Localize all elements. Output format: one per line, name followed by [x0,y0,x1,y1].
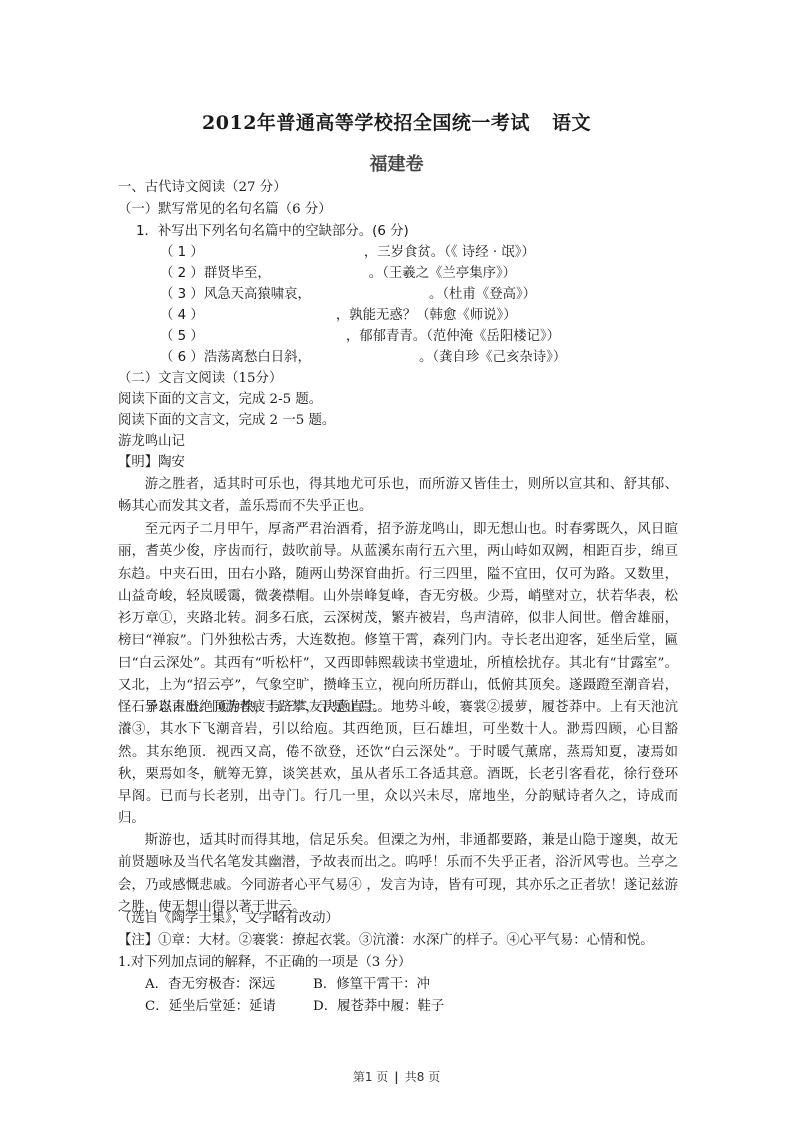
page-current: 第1 页 [353,1070,388,1084]
page-subtitle: 福建卷 [0,150,793,176]
option-c: C．延坐后堂延：延请 [145,997,313,1017]
passage-paragraph-1: 游之胜者，适其时可乐也，得其地尤可乐也，而所游又皆佳士，则所以宣其和、舒其郁、畅… [118,474,678,519]
passage-title: 游龙鸣山记 [118,432,185,452]
passage-paragraph-2: 至元丙子二月甲午，厚斋严君治酒肴，招予游龙鸣山，即无想山也。时春雾既久，风日暄丽… [118,519,678,720]
blank-item-3: （ 3 ）风急天高猿啸哀，。（杜甫《登高》） [160,285,536,305]
option-a: A．杳无穷极杳：深远 [145,975,313,995]
passage-source: （选自《陶学士集》，文字略有改动） [118,909,339,929]
option-d: D．履苍莽中履：鞋子 [313,997,481,1017]
question-1-stem: 1.对下列加点词的解释，不正确的一项是（3 分） [118,953,411,973]
page-footer: 第1 页|共8 页 [0,1068,793,1085]
instruction-2: 阅读下面的文言文，完成 2 一5 题。 [118,411,335,431]
blank-item-4: （ 4 ），孰能无惑？（韩愈《师说》） [160,306,517,326]
title-subject: 语文 [552,112,591,134]
part2-heading: （二）文言文阅读（15分） [118,369,282,389]
passage-paragraph-3: 予以未登绝顶为怏，与三二友决意直上。地势斗峻，褰裳②援萝，履苍莽中。上有天池沆瀁… [118,697,678,831]
footer-separator: | [394,1070,398,1084]
passage-notes: 【注】①章：大材。②褰裳：撩起衣裳。③沆瀁：水深广的样子。④心平气易：心情和悦。 [118,931,654,951]
blank-item-1: （ 1 ），三岁食贫。（《 诗经 · 氓》） [160,243,535,263]
document-page: 2012年普通高等学校招全国统一考试语文 福建卷 一、古代诗文阅读（27 分） … [0,0,793,1122]
question-fill-blank: 1．补写出下列名句名篇中的空缺部分。(6 分) [136,222,409,242]
part1-heading: （一）默写常见的名句名篇（6 分） [118,200,332,220]
page-total: 共8 页 [405,1070,440,1084]
blank-item-6: （ 6 ）浩荡离愁白日斜，。（龚自珍《己亥杂诗》） [160,348,566,368]
passage-author: 【明】陶安 [118,453,185,473]
question-1-options-row-1: A．杳无穷极杳：深远B．修篁干霄干：冲 [145,975,481,995]
option-b: B．修篁干霄干：冲 [313,975,481,995]
section-heading: 一、古代诗文阅读（27 分） [118,178,287,198]
question-1-options-row-2: C．延坐后堂延：延请D．履苍莽中履：鞋子 [145,997,481,1017]
title-main: 2012年普通高等学校招全国统一考试 [202,112,530,134]
instruction-1: 阅读下面的文言文，完成 2-5 题。 [118,390,322,410]
blank-item-2: （ 2 ）群贤毕至，。（王羲之《兰亭集序》） [160,264,516,284]
page-title: 2012年普通高等学校招全国统一考试语文 [0,108,793,135]
passage-paragraph-4: 斯游也，适其时而得其地，信足乐矣。但溧之为州，非通都要路，兼是山隐于邃奥，故无前… [118,830,678,919]
blank-item-5: （ 5 ），郁郁青青。（范仲淹《岳阳楼记》） [160,327,560,347]
